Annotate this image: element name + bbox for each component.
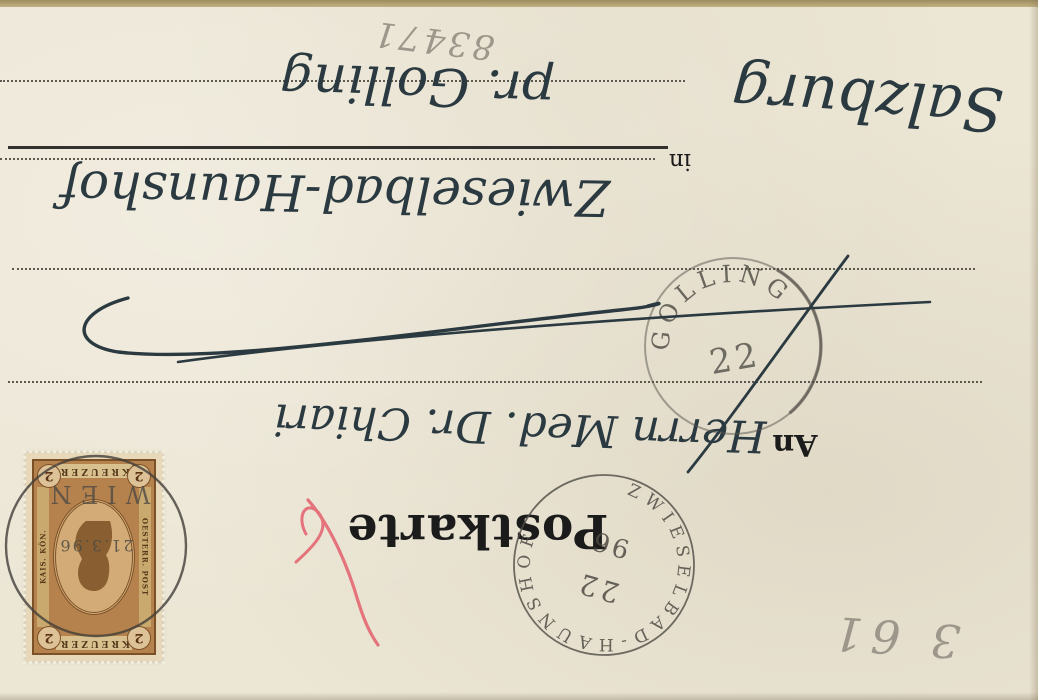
postmark-wien: WIEN 21.3.96 [0,448,194,644]
scan-edge-right [1029,0,1038,700]
address-line-dotted-3 [12,268,975,270]
postmark-wien-town: WIEN [42,480,151,508]
handwriting-region: Salzburg [694,0,1038,201]
postmark-wien-date: 21.3.96 [58,536,133,555]
scan-edge-top [0,0,1038,7]
postmark-golling-day: 22 [707,335,764,383]
postcard-scan: 83471 3 61 Salzburg pr. Golling Zwieselb… [0,0,1038,700]
postmark-zwieselbad-year: 96 [587,524,633,564]
postmark-golling: GOLLING 22 [622,235,844,457]
pencil-number-bottom: 3 61 [815,580,972,695]
red-crayon-loop [296,508,323,562]
postmark-zwieselbad-ring: ZWIESELBAD-HAUNSHOF [493,454,714,675]
scan-edge-bottom [0,692,1038,700]
postmark-zwieselbad-day: 22 [572,566,623,610]
pen-flourish-loop [84,298,659,355]
handwriting-place: Zwieselbad-Haunshof [0,122,671,264]
svg-text:ZWIESELBAD-HAUNSHOF: ZWIESELBAD-HAUNSHOF [493,454,714,675]
